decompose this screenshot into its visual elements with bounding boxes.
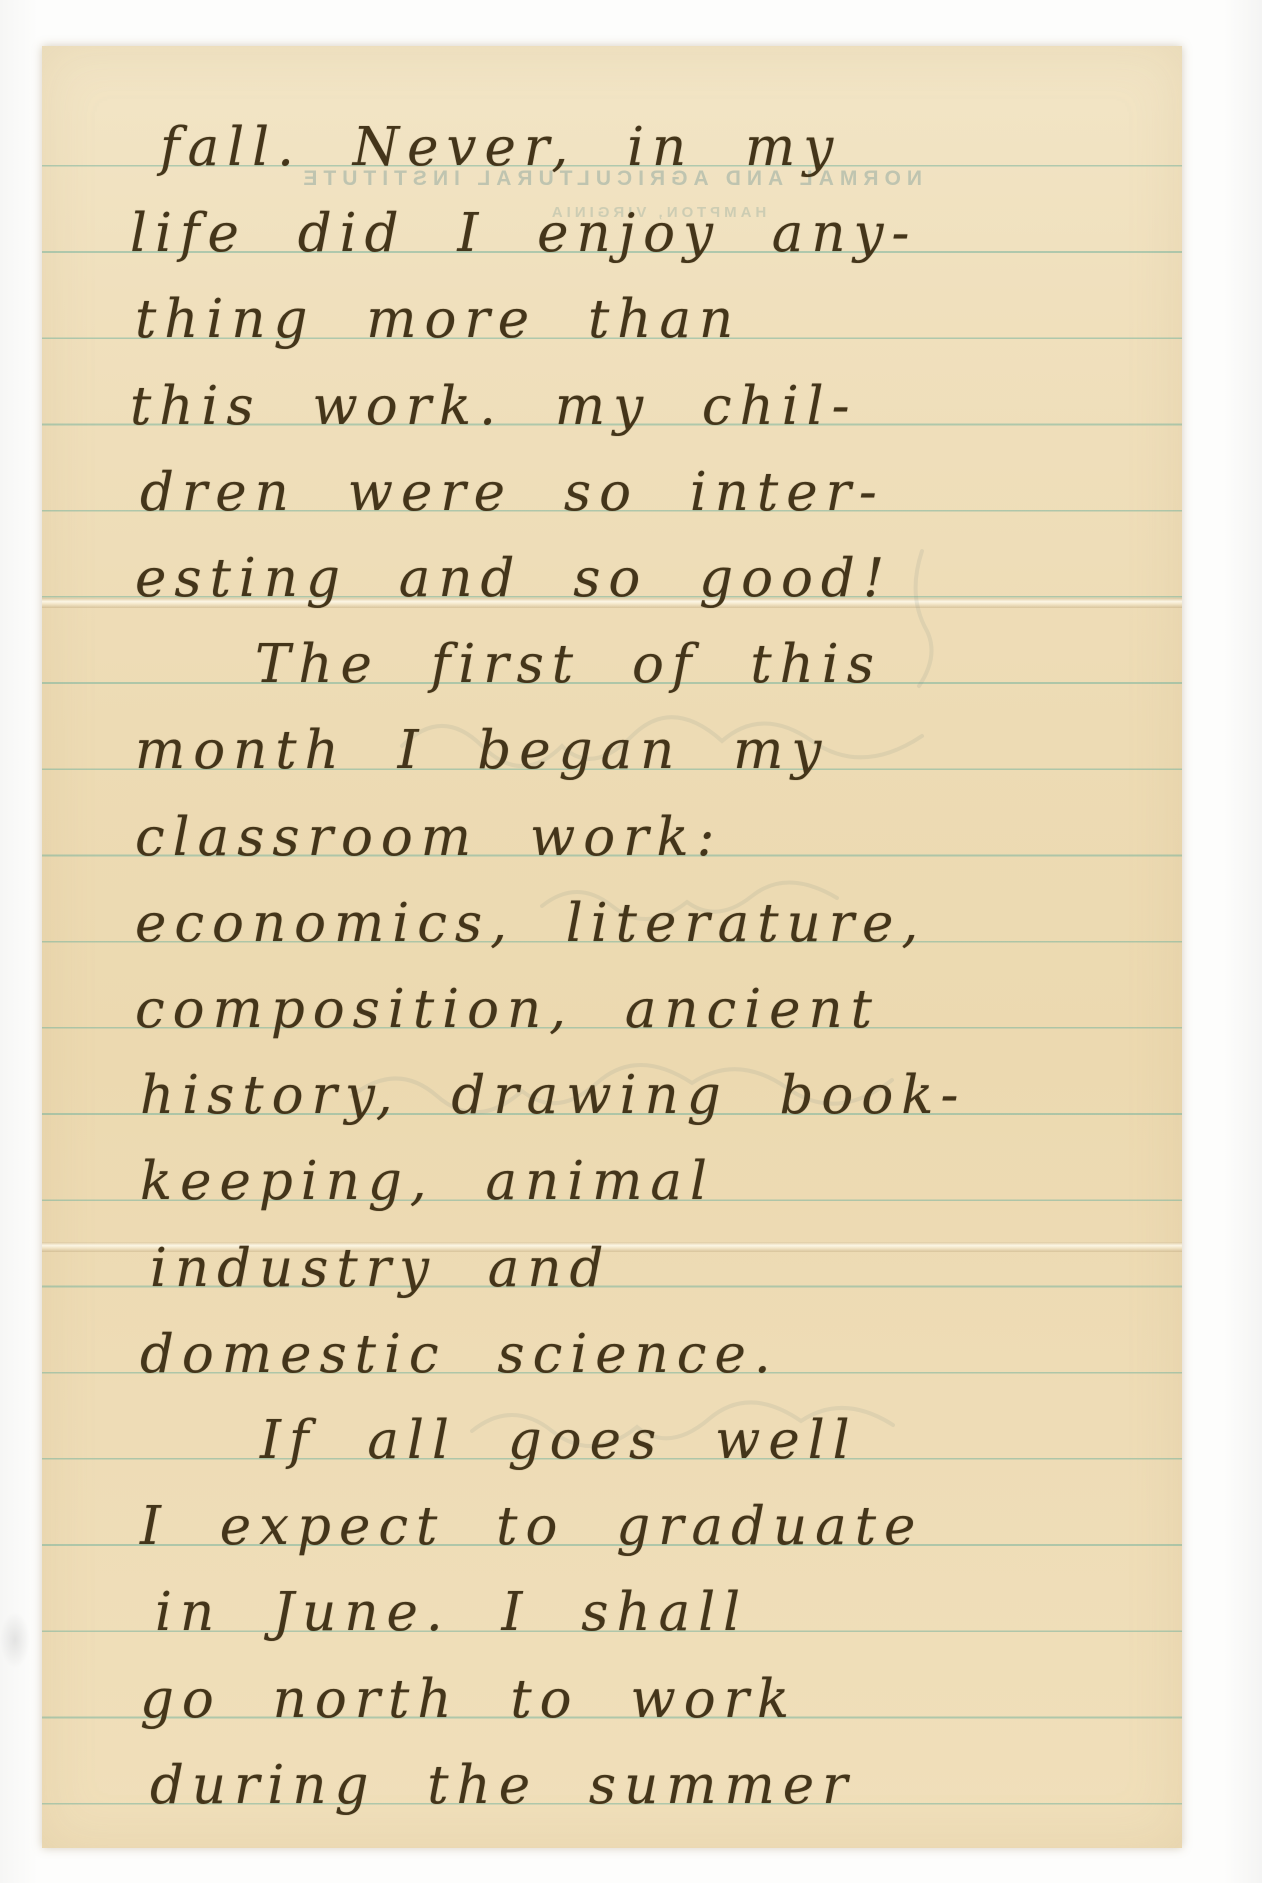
letter-line-11: composition, ancient bbox=[135, 980, 880, 1040]
letter-line-20: during the summer bbox=[150, 1756, 855, 1816]
letter-line-5: dren were so inter- bbox=[140, 463, 885, 523]
letter-line-7: The first of this bbox=[255, 635, 882, 695]
letter-line-6: esting and so good! bbox=[135, 549, 892, 609]
letter-line-15: domestic science. bbox=[140, 1325, 779, 1385]
letter-line-9: classroom work: bbox=[135, 808, 722, 868]
letter-line-17: I expect to graduate bbox=[140, 1497, 923, 1557]
letter-line-12: history, drawing book- bbox=[140, 1066, 966, 1126]
letter-line-14: industry and bbox=[150, 1239, 611, 1299]
letter-page: NORMAL AND AGRICULTURAL INSTITUTE HAMPTO… bbox=[42, 46, 1182, 1848]
letter-line-13: keeping, animal bbox=[140, 1152, 715, 1212]
letter-line-4: this work. my chil- bbox=[130, 377, 858, 437]
letter-line-18: in June. I shall bbox=[155, 1583, 748, 1643]
letter-line-2: life did I enjoy any- bbox=[130, 204, 917, 264]
letter-line-19: go north to work bbox=[140, 1670, 797, 1730]
letter-line-10: economics, literature, bbox=[135, 894, 926, 954]
letter-line-3: thing more than bbox=[135, 290, 741, 350]
letter-line-16: If all goes well bbox=[260, 1411, 858, 1471]
letter-line-8: month I began my bbox=[135, 721, 829, 781]
scan-margin-smudge bbox=[0, 1612, 30, 1668]
scanned-letter-background: NORMAL AND AGRICULTURAL INSTITUTE HAMPTO… bbox=[0, 0, 1262, 1883]
letter-line-1: fall. Never, in my bbox=[160, 118, 841, 178]
